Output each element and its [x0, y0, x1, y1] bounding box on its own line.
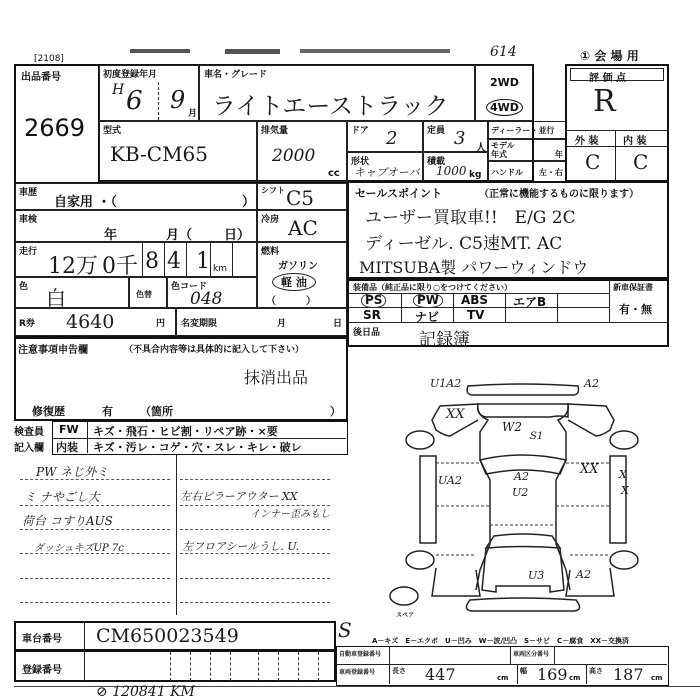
width-label: 幅 [520, 666, 527, 676]
divider [517, 664, 518, 684]
mark-front-right: A2 [584, 377, 599, 390]
dims-row2-label: 車両登録番号 [339, 667, 375, 676]
mark-roof-u: U2 [512, 486, 528, 499]
chassis-label: 車台番号 [22, 630, 62, 645]
height-value: 187 [613, 665, 644, 684]
chassis-box: 車台番号 CM650023549 [14, 621, 336, 651]
divider [586, 664, 587, 684]
height-label: 高さ [589, 666, 603, 676]
length-unit: cm [497, 674, 508, 682]
divider [510, 647, 511, 664]
divider [84, 652, 85, 681]
spare-label: スペア [396, 610, 414, 619]
mark-left-door: UA2 [438, 474, 462, 487]
mark-roof-a: A2 [514, 470, 529, 483]
mark-rear-fender: A2 [576, 568, 591, 581]
dims-row1-label-a: 自動車登録番号 [339, 649, 381, 658]
divider [170, 652, 171, 681]
divider [84, 623, 85, 650]
registration-label: 登録番号 [22, 661, 62, 676]
car-damage-diagram [0, 0, 700, 700]
divider [190, 652, 191, 681]
divider [230, 652, 231, 681]
divider [318, 652, 319, 681]
odometer-note: ⊘ 120841 KM [96, 684, 195, 700]
mark-hood-rust: S1 [530, 431, 543, 442]
divider [389, 647, 390, 684]
height-unit: cm [651, 674, 662, 682]
damage-legend: A－キズ E－エクボ U－凹み W－波/凹凸 S－サビ C－腐食 XX－交換済 [372, 636, 629, 646]
mark-right-door: XX [580, 462, 599, 477]
width-value: 169 [537, 665, 568, 684]
mark-front-left: U1A2 [430, 377, 461, 390]
divider [258, 652, 259, 681]
divider [278, 652, 279, 681]
mark-hood: W2 [502, 420, 522, 434]
mark-right-side-1: X [619, 468, 627, 481]
chassis-value: CM650023549 [96, 625, 239, 647]
length-value: 447 [425, 665, 456, 684]
mark-rear-body: U3 [528, 569, 544, 582]
registration-box: 登録番号 [14, 650, 336, 682]
length-label: 長さ [392, 666, 406, 676]
mark-right-side-2: X [621, 484, 629, 497]
width-unit: cm [569, 674, 580, 682]
divider [298, 652, 299, 681]
divider [554, 647, 555, 664]
dims-row1-label-b: 車両区分番号 [513, 649, 549, 658]
dimensions-box: 自動車登録番号 車両区分番号 車両登録番号 長さ 447 cm 幅 169 cm… [336, 646, 669, 686]
mark-fender-left: XX [446, 407, 465, 422]
divider [210, 652, 211, 681]
inspector-signature: S [338, 618, 352, 642]
